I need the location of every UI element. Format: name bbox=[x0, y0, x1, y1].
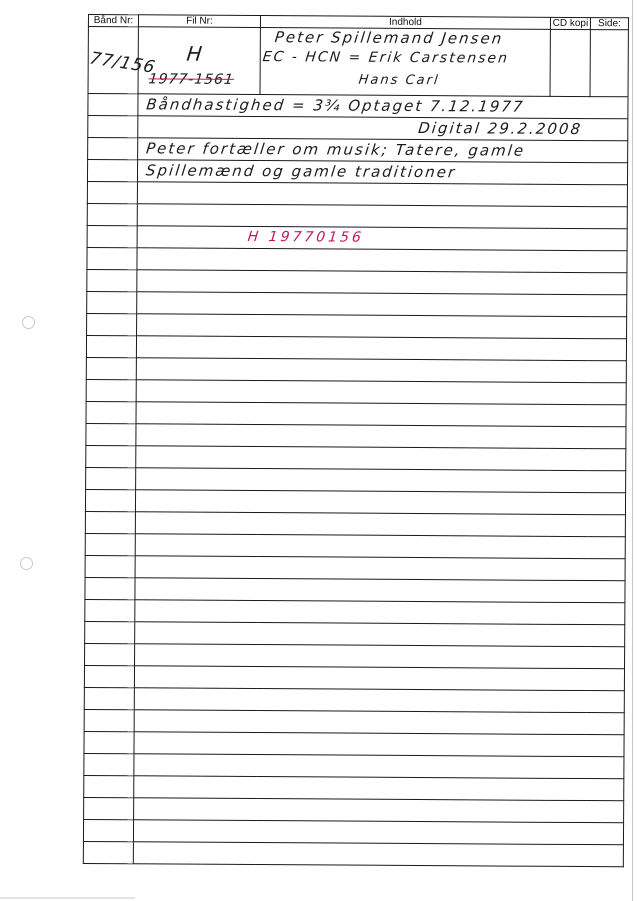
ledger-row bbox=[85, 599, 625, 624]
ledger-row bbox=[83, 841, 623, 866]
ledger-row bbox=[86, 379, 626, 404]
ledger-sheet: Bånd Nr: Fil Nr: Indhold CD kopi Side: 7… bbox=[83, 14, 628, 867]
band-nr-cell bbox=[85, 621, 135, 643]
ledger-row bbox=[84, 665, 624, 690]
band-nr-cell bbox=[87, 269, 137, 291]
header-fil-nr: Fil Nr: bbox=[138, 15, 260, 28]
ledger-row bbox=[84, 687, 624, 712]
band-nr-cell bbox=[83, 841, 133, 863]
note-text: H 19770156 bbox=[247, 229, 365, 246]
band-nr-cell bbox=[84, 797, 134, 819]
note-cell bbox=[134, 688, 624, 713]
note-cell bbox=[135, 622, 625, 647]
note-text: Spillemænd og gamle traditioner bbox=[145, 161, 457, 181]
ledger-row bbox=[86, 445, 626, 470]
ledger-row bbox=[86, 423, 626, 448]
scan-artifact bbox=[0, 897, 135, 899]
note-cell bbox=[134, 710, 624, 735]
note-text: Peter fortæller om musik; Tatere, gamle bbox=[145, 139, 526, 159]
scan-page-edge bbox=[632, 0, 633, 901]
band-nr-cell bbox=[85, 643, 135, 665]
note-cell: Båndhastighed = 3¾ Optaget 7.12.1977 bbox=[138, 94, 628, 119]
note-text: Båndhastighed = 3¾ Optaget 7.12.1977 bbox=[145, 95, 525, 115]
punch-hole-bottom bbox=[20, 557, 33, 570]
note-cell bbox=[137, 292, 627, 317]
ledger-row bbox=[85, 643, 625, 668]
fil-nr-struck-value: 1977-1561 bbox=[148, 71, 235, 88]
note-cell bbox=[134, 798, 624, 823]
band-nr-cell bbox=[83, 819, 133, 841]
entry-row: 77/156 H 1977-1561 Peter Spillemand Jens… bbox=[88, 27, 628, 97]
note-cell bbox=[136, 336, 626, 361]
band-nr-cell bbox=[88, 138, 138, 160]
band-nr-cell bbox=[85, 511, 135, 533]
note-cell: Peter fortæller om musik; Tatere, gamle bbox=[138, 138, 628, 163]
indhold-line-3: Hans Carl bbox=[358, 73, 441, 88]
note-cell bbox=[135, 556, 625, 581]
note-text: Digital 29.2.2008 bbox=[417, 119, 583, 138]
band-nr-cell bbox=[85, 489, 135, 511]
band-nr-cell bbox=[85, 599, 135, 621]
fil-nr-letter: H bbox=[185, 42, 205, 66]
punch-hole-top bbox=[22, 316, 35, 329]
indhold-line-1: Peter Spillemand Jensen bbox=[274, 28, 504, 47]
indhold-cell: Peter Spillemand Jensen EC - HCN = Erik … bbox=[260, 28, 550, 97]
band-nr-cell bbox=[87, 247, 137, 269]
tape-register-table: Bånd Nr: Fil Nr: Indhold CD kopi Side: 7… bbox=[83, 14, 629, 867]
band-nr-cell bbox=[86, 357, 136, 379]
note-cell bbox=[136, 468, 626, 493]
fil-nr-cell: H 1977-1561 bbox=[138, 27, 260, 95]
band-nr-cell bbox=[87, 181, 137, 203]
note-cell bbox=[136, 380, 626, 405]
band-nr-cell bbox=[86, 401, 136, 423]
band-nr-cell bbox=[86, 445, 136, 467]
ledger-row bbox=[85, 555, 625, 580]
band-nr-cell bbox=[84, 775, 134, 797]
note-cell bbox=[136, 424, 626, 449]
band-nr-cell bbox=[86, 467, 136, 489]
band-nr-cell bbox=[84, 665, 134, 687]
note-cell: Spillemænd og gamle traditioner bbox=[137, 160, 627, 185]
band-nr-cell bbox=[84, 731, 134, 753]
note-cell bbox=[137, 204, 627, 229]
ledger-row bbox=[86, 401, 626, 426]
band-nr-cell: 77/156 bbox=[88, 27, 138, 94]
note-cell bbox=[135, 490, 625, 515]
band-nr-cell bbox=[87, 313, 137, 335]
band-nr-cell bbox=[88, 94, 138, 116]
note-cell bbox=[135, 600, 625, 625]
band-nr-cell bbox=[84, 687, 134, 709]
note-cell bbox=[136, 402, 626, 427]
side-cell bbox=[590, 30, 628, 97]
note-cell bbox=[135, 644, 625, 669]
note-cell: H 19770156 bbox=[137, 226, 627, 251]
header-cd-kopi: CD kopi bbox=[550, 17, 590, 29]
cd-kopi-cell bbox=[550, 29, 590, 96]
header-band-nr: Bånd Nr: bbox=[88, 15, 138, 27]
ledger-row bbox=[85, 511, 625, 536]
ledger-row bbox=[86, 467, 626, 492]
band-nr-cell bbox=[88, 116, 138, 138]
note-cell bbox=[134, 666, 624, 691]
note-cell bbox=[135, 512, 625, 537]
note-cell bbox=[133, 820, 623, 845]
ledger-row bbox=[85, 577, 625, 602]
band-nr-cell bbox=[85, 533, 135, 555]
band-nr-cell bbox=[84, 753, 134, 775]
band-nr-cell bbox=[85, 555, 135, 577]
note-cell bbox=[135, 534, 625, 559]
ledger-row bbox=[85, 621, 625, 646]
band-nr-cell bbox=[86, 423, 136, 445]
note-cell bbox=[135, 578, 625, 603]
note-cell bbox=[136, 358, 626, 383]
header-side: Side: bbox=[590, 18, 628, 30]
note-cell bbox=[137, 248, 627, 273]
ledger-row bbox=[85, 489, 625, 514]
ledger-row bbox=[85, 533, 625, 558]
note-cell bbox=[134, 732, 624, 757]
note-cell bbox=[137, 314, 627, 339]
note-cell bbox=[137, 182, 627, 207]
note-cell bbox=[134, 776, 624, 801]
note-cell bbox=[133, 842, 623, 867]
band-nr-cell bbox=[85, 577, 135, 599]
ledger-row bbox=[84, 709, 624, 734]
note-cell bbox=[136, 446, 626, 471]
band-nr-cell bbox=[87, 225, 137, 247]
band-nr-cell bbox=[84, 709, 134, 731]
band-nr-cell bbox=[86, 379, 136, 401]
note-cell: Digital 29.2.2008 bbox=[138, 116, 628, 141]
indhold-line-2: EC - HCN = Erik Carstensen bbox=[262, 49, 510, 66]
band-nr-cell bbox=[87, 160, 137, 182]
band-nr-cell bbox=[87, 203, 137, 225]
note-cell bbox=[137, 270, 627, 295]
band-nr-cell bbox=[86, 335, 136, 357]
note-cell bbox=[134, 754, 624, 779]
band-nr-cell bbox=[87, 291, 137, 313]
